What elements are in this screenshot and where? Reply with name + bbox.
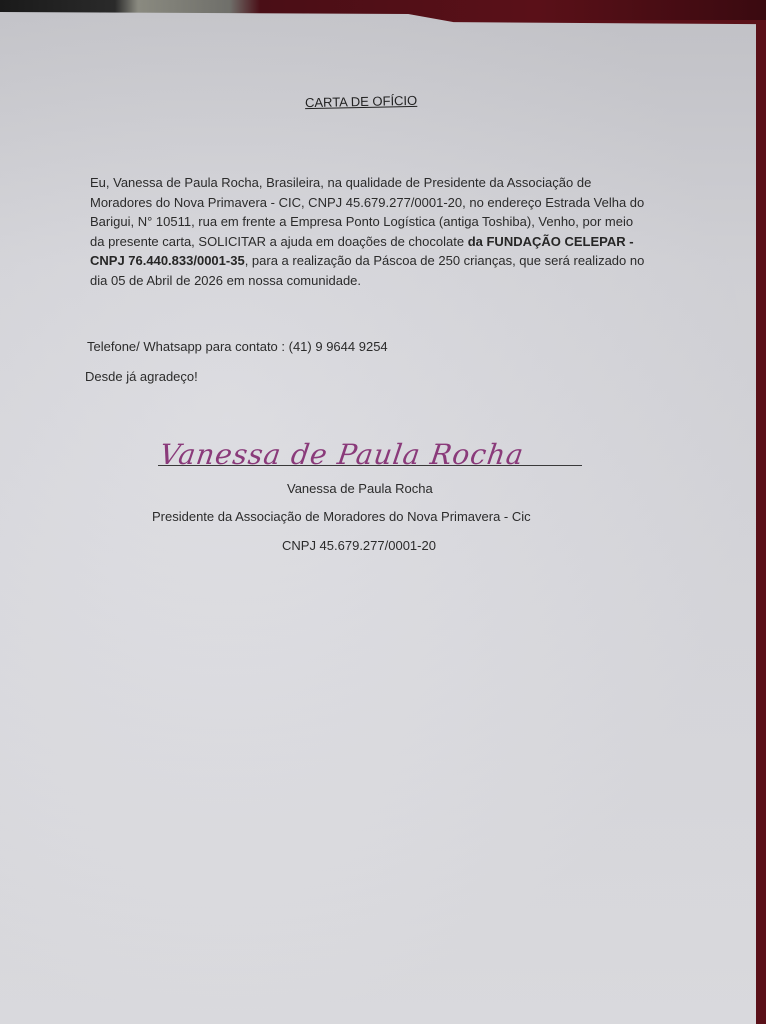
document-title: CARTA DE OFÍCIO (305, 93, 417, 110)
signer-name: Vanessa de Paula Rocha (287, 481, 433, 496)
signature-line (158, 465, 582, 466)
signer-cnpj: CNPJ 45.679.277/0001-20 (282, 538, 436, 553)
request-paragraph: Eu, Vanessa de Paula Rocha, Brasileira, … (90, 173, 650, 290)
thanks-line: Desde já agradeço! (85, 369, 198, 384)
handwritten-signature: Vanessa de Paula Rocha (158, 438, 527, 471)
signer-role: Presidente da Associação de Moradores do… (152, 509, 531, 524)
contact-line: Telefone/ Whatsapp para contato : (41) 9… (87, 339, 388, 354)
